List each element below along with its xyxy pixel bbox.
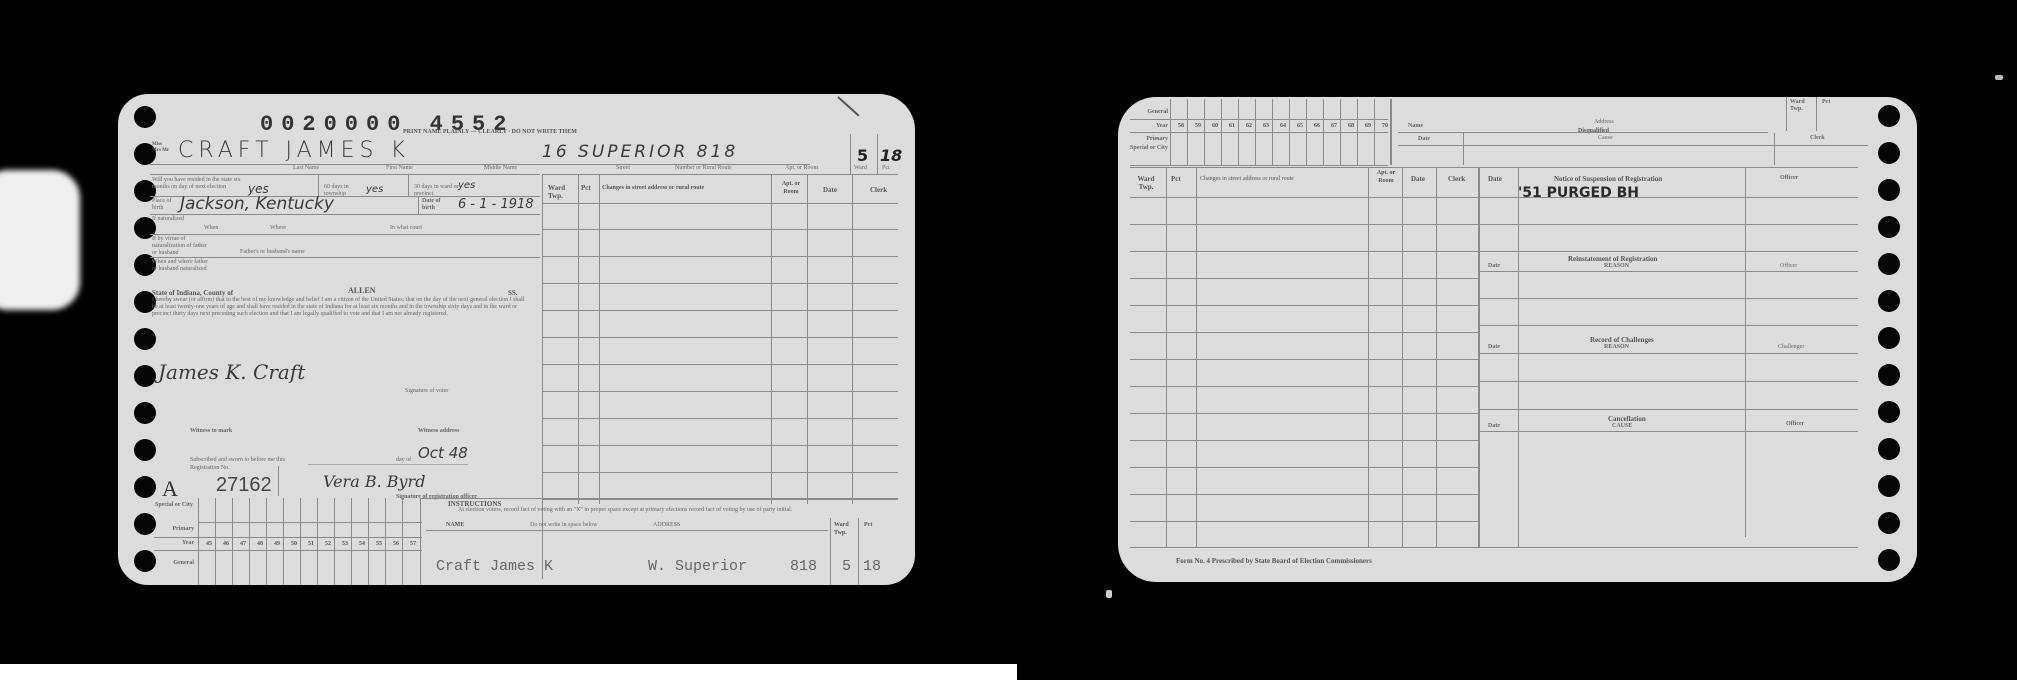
scan-speck [1995, 75, 2003, 80]
subscribed-line [308, 464, 468, 465]
grid-col [1255, 99, 1256, 165]
voter-address-handwritten: 16 SUPERIOR 818 [542, 142, 738, 162]
reinstatement-title: Reinstatement of Registration [1568, 255, 1657, 263]
punch-hole [1878, 216, 1900, 238]
col-header-apt: Apt. or Room [1372, 169, 1400, 185]
instructions-top-line [420, 498, 898, 499]
table-row-line [1130, 278, 1478, 279]
grid-col [1374, 99, 1375, 165]
challenges-date-label: Date [1488, 344, 1500, 351]
punch-hole [134, 439, 156, 461]
table-row-line [1130, 521, 1478, 522]
label-first-name: First Name [386, 165, 413, 172]
reinstatement-date-label: Date [1488, 263, 1500, 270]
table-row-line [1130, 359, 1478, 360]
witness-mark-label: Witness to mark [190, 428, 232, 435]
oath-ss: SS. [508, 289, 518, 297]
table-row-line [1130, 386, 1478, 387]
grid-col [1170, 99, 1171, 165]
col-header-apt: Apt. or Room [778, 180, 804, 196]
grid-col [215, 498, 216, 585]
grid-col [283, 498, 284, 585]
row-label-special: Special or City [154, 502, 194, 509]
row-line [1480, 353, 1858, 354]
row-line [1480, 271, 1858, 272]
row-line [1480, 409, 1858, 410]
when-label: When [204, 225, 218, 232]
front-card: 0020000 4552 PRINT NAME PLAINLY — CLEARL… [118, 94, 915, 585]
row-label-special: Special or City [1130, 145, 1168, 152]
disqualified-divider [1463, 133, 1464, 165]
punch-hole [134, 328, 156, 350]
label-middle-name: Middle Name [484, 165, 517, 172]
suspension-date-label: Date [1488, 175, 1502, 183]
table-row-line [1130, 197, 1478, 198]
disqualified-date-label: Date [1418, 136, 1430, 143]
grid-col [368, 498, 369, 585]
punch-hole [1878, 364, 1900, 386]
ward-box-divider-left [850, 134, 851, 174]
table-row-line [1130, 467, 1478, 468]
where-label: Where [270, 225, 286, 232]
grid-col [266, 498, 267, 585]
date-of-birth-value: 6 - 1 - 1918 [458, 197, 534, 212]
date-of-birth-label: Date of birth [422, 198, 452, 212]
col-header-changes: Changes in street address or rural route [602, 184, 704, 192]
label-apt: Apt. or Room [785, 165, 818, 172]
grid-col [1390, 99, 1392, 165]
grid-col [300, 498, 301, 585]
punch-hole [1878, 549, 1900, 571]
punch-hole [134, 476, 156, 498]
punch-hole [1878, 105, 1900, 127]
row-label-year: Year [1130, 123, 1168, 130]
col-header-date: Date [1411, 175, 1425, 183]
row-label-primary: Primary [154, 526, 194, 533]
punch-hole [134, 402, 156, 424]
grid-col [317, 498, 318, 585]
row-label-general: General [154, 560, 194, 567]
form-divider [150, 257, 540, 258]
grid-col [1357, 99, 1358, 165]
residence-township-answer: yes [366, 184, 383, 195]
scan-artifact-left [0, 170, 80, 310]
table-row-line [542, 391, 898, 392]
row-line [1480, 224, 1858, 225]
grid-col [1289, 99, 1290, 165]
table-row-line [542, 418, 898, 419]
officer-signature: Vera B. Byrd [323, 472, 425, 491]
punch-hole [134, 550, 156, 572]
grid-col [249, 498, 250, 585]
table-row-line [1130, 413, 1478, 414]
instructions-ward-divider [830, 518, 831, 585]
grid-col [1238, 99, 1239, 165]
typed-number: 818 [790, 558, 817, 575]
form-divider [150, 214, 540, 215]
year-cell: 70 [1375, 123, 1395, 129]
col-line [599, 174, 600, 504]
typed-name: Craft James K [436, 558, 553, 575]
col-header-pct: Pct [1171, 175, 1181, 183]
punch-hole [1878, 438, 1900, 460]
grid-line [1130, 119, 1388, 120]
scan-artifact-bottom-band [0, 664, 1017, 680]
typed-address: W. Superior [648, 558, 747, 575]
grid-col [1306, 99, 1307, 165]
grid-line [1130, 165, 1388, 166]
label-last-name: Last Name [293, 165, 319, 172]
col-header-pct: Pct [581, 184, 591, 192]
disqualified-divider [1774, 133, 1775, 165]
grid-line [1130, 132, 1388, 133]
oath-text: I hereby swear (or affirm) that to the b… [152, 297, 530, 318]
table-row-line [542, 256, 898, 257]
disqualified-clerk-label: Clerk [1810, 135, 1825, 142]
reinstatement-officer-label: Officer [1780, 263, 1797, 270]
table-row-line [542, 472, 898, 473]
instructions-address-label: ADDRESS [653, 522, 680, 529]
table-row-line [1130, 494, 1478, 495]
col-line [852, 174, 853, 504]
back-card: General Year Primary Special or City 58 … [1118, 97, 1917, 582]
instructions-ward-label: Ward Twp. [834, 521, 854, 537]
check-mark [837, 96, 859, 116]
typed-ward: 5 [842, 558, 851, 575]
table-row-line [542, 310, 898, 311]
header-instruction: PRINT NAME PLAINLY — CLEARLY · DO NOT WR… [403, 128, 577, 136]
challenges-challenger-label: Challenger [1778, 344, 1804, 351]
day-of-label: day of [396, 457, 411, 464]
punch-hole [1878, 401, 1900, 423]
grid-col [198, 498, 199, 585]
form-divider [150, 174, 540, 175]
scan-speck [1106, 590, 1112, 598]
grid-col [1221, 99, 1222, 165]
table-row-line [542, 229, 898, 230]
grid-col [1323, 99, 1324, 165]
reinstatement-reason-label: REASON [1604, 263, 1629, 270]
grid-col [1340, 99, 1341, 165]
row-label-year: Year [154, 540, 194, 547]
grid-line [154, 537, 422, 538]
col-line [578, 174, 579, 504]
disqualified-cause-label: Cause [1598, 135, 1613, 142]
instructions-name-label: NAME [446, 521, 464, 529]
row-line [1480, 197, 1858, 198]
grid-col [351, 498, 352, 585]
typed-pct: 18 [863, 558, 881, 575]
col-line [771, 174, 772, 504]
oath-county: ALLEN [348, 287, 376, 295]
challenges-title: Record of Challenges [1590, 336, 1654, 344]
residence-state-question: Will you have resided in the state six m… [152, 177, 242, 191]
table-row-line [542, 445, 898, 446]
row-line [1480, 381, 1858, 382]
punch-hole [134, 365, 156, 387]
col-header-ward: Ward Twp. [1134, 175, 1158, 191]
cancellation-cause-label: CAUSE [1612, 423, 1632, 430]
form-divider [150, 234, 540, 235]
disqualified-line [1398, 132, 1768, 133]
punch-hole [1878, 142, 1900, 164]
label-pct: Pct [882, 165, 890, 172]
section-divider [1130, 167, 1858, 168]
father-when-label: When and where father or husband natural… [152, 259, 212, 273]
residence-divider [318, 174, 319, 196]
cancellation-officer-label: Officer [1786, 421, 1804, 428]
punch-hole [1878, 253, 1900, 275]
court-label: In what court [390, 225, 422, 232]
grid-col [402, 498, 403, 585]
form-body-right-border [542, 174, 543, 579]
disqualified-title: Disqualified [1578, 127, 1609, 135]
punch-hole [1878, 327, 1900, 349]
ward-value: 5 [857, 146, 868, 165]
registration-number: 27162 [216, 474, 272, 497]
table-row-line [1130, 440, 1478, 441]
form-footer: Form No. 4 Prescribed by State Board of … [1176, 557, 1372, 565]
grid-col [1272, 99, 1273, 165]
disqualified-line [1398, 145, 1868, 146]
punch-hole [1878, 179, 1900, 201]
punch-hole [1878, 475, 1900, 497]
suspension-stamp: '51 PURGED BH [1518, 185, 1639, 201]
table-row-line [542, 283, 898, 284]
grid-col [334, 498, 335, 585]
father-name-label: Father's or husband's name [240, 249, 305, 256]
col-header-clerk: Clerk [870, 186, 887, 194]
instructions-line [426, 530, 828, 531]
witness-address-label: Witness address [418, 428, 459, 435]
col-line [807, 174, 808, 504]
table-bottom-line [1130, 547, 1858, 548]
col-header-date: Date [823, 186, 837, 194]
grid-col [1204, 99, 1205, 165]
suspension-officer-label: Officer [1780, 175, 1798, 182]
subscribed-label: Subscribed and sworn to before me this [190, 457, 285, 464]
label-ward: Ward [854, 165, 867, 172]
punch-hole [1878, 290, 1900, 312]
place-of-birth-value: Jackson, Kentucky [180, 194, 334, 214]
table-row-line [1130, 332, 1478, 333]
ward-box-divider-mid [877, 134, 878, 174]
row-label-general: General [1130, 109, 1168, 116]
disqualified-pct-label: Pct [1822, 99, 1830, 106]
ward-box-mid [1816, 97, 1817, 131]
table-row-line [542, 203, 898, 204]
residence-precinct-answer: yes [458, 180, 475, 191]
row-line [1480, 431, 1858, 432]
ward-box-left [1786, 97, 1787, 131]
registration-box-right [278, 466, 279, 496]
instructions-pct-divider [858, 518, 859, 585]
table-row-line [542, 364, 898, 365]
label-street: Street [616, 165, 630, 172]
instructions-pct-label: Pct [864, 521, 872, 529]
table-row-line [1130, 251, 1478, 252]
registration-prefix: A [162, 476, 178, 502]
grid-col [232, 498, 233, 585]
cancellation-date-label: Date [1488, 423, 1500, 430]
row-label-primary: Primary [1130, 136, 1168, 143]
section-col [1745, 167, 1746, 537]
table-row-line [1130, 224, 1478, 225]
challenges-reason-label: REASON [1604, 344, 1629, 351]
registration-label: Registration No. [190, 465, 230, 472]
punch-hole [134, 106, 156, 128]
place-of-birth-label: Place of birth [152, 198, 177, 212]
row-line [1480, 251, 1858, 252]
instructions-text: At election voters, record fact of votin… [458, 507, 858, 514]
birth-divider [418, 196, 419, 214]
naturalized-label: If naturalized [152, 216, 188, 223]
father-naturalization-label: If by virtue of naturalization of father… [152, 236, 212, 257]
grid-col [385, 498, 386, 585]
grid-col [1187, 99, 1188, 165]
table-top-line [542, 174, 898, 175]
row-line [1480, 298, 1858, 299]
grid-line [154, 550, 422, 551]
pct-value: 18 [880, 146, 902, 165]
disqualified-address-label: Address [1594, 119, 1614, 126]
subscribed-date: Oct 48 [418, 444, 468, 462]
col-header-clerk: Clerk [1448, 175, 1465, 183]
voter-signature: James K. Craft [158, 360, 305, 384]
grid-col [420, 498, 421, 585]
oath-state-label: State of Indiana, County of [152, 289, 233, 297]
table-row-line [542, 337, 898, 338]
col-header-ward: Ward Twp. [548, 184, 574, 200]
suspension-title: Notice of Suspension of Registration [1554, 175, 1662, 183]
disqualified-name-label: Name [1408, 123, 1423, 130]
disqualified-ward-label: Ward Twp. [1790, 99, 1812, 113]
title-prefix: Miss Mrs Mr [152, 142, 170, 154]
punch-hole [1878, 512, 1900, 534]
cancellation-title: Cancellation [1608, 415, 1646, 423]
residence-divider [408, 174, 409, 196]
row-line [1480, 325, 1858, 326]
label-number: Number or Rural Route [675, 165, 732, 172]
instructions-do-not-write: Do not write in space below [530, 522, 597, 529]
table-row-line [542, 499, 898, 500]
voter-name-handwritten: CRAFT JAMES K [178, 138, 410, 163]
col-header-changes: Changes in street address or rural route [1200, 175, 1294, 183]
punch-hole [134, 513, 156, 535]
table-row-line [1130, 305, 1478, 306]
signature-label: Signature of voter [405, 388, 448, 395]
